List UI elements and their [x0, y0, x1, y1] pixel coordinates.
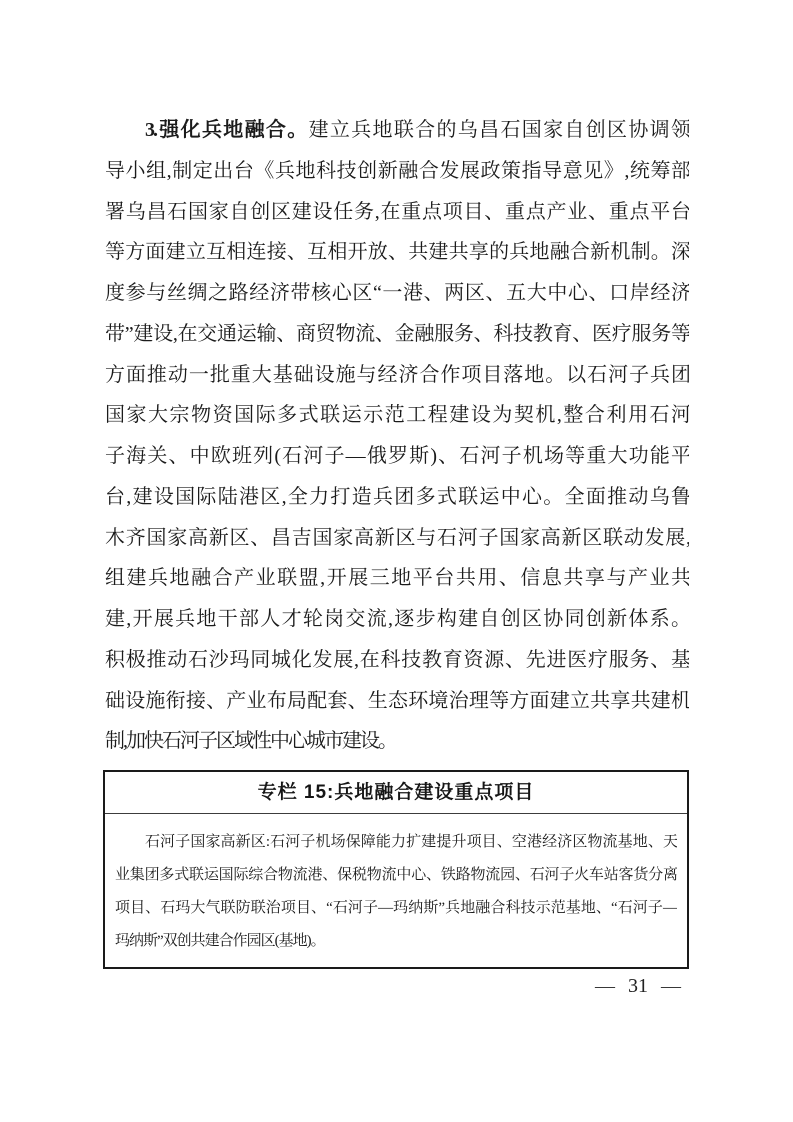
page-number-value: 31: [628, 975, 648, 997]
document-page: 3.强化兵地融合。建立兵地联合的乌昌石国家自创区协调领 导小组,制定出台《兵地科…: [0, 0, 793, 1122]
column-box-title: 专栏 15:兵地融合建设重点项目: [105, 772, 687, 814]
paragraph-line: 积极推动石沙玛同城化发展,在科技教育资源、先进医疗服务、基: [105, 640, 689, 681]
paragraph-line: 方面推动一批重大基础设施与经济合作项目落地。以石河子兵团: [105, 355, 689, 396]
paragraph-line: 度参与丝绸之路经济带核心区“一港、两区、五大中心、口岸经济: [105, 273, 689, 314]
paragraph-line: 3.强化兵地融合。建立兵地联合的乌昌石国家自创区协调领: [105, 110, 689, 151]
paragraph-line-text: 建立兵地联合的乌昌石国家自创区协调领: [309, 119, 689, 141]
paragraph-line: 子海关、中欧班列(石河子—俄罗斯)、石河子机场等重大功能平: [105, 436, 689, 477]
body-paragraph: 3.强化兵地融合。建立兵地联合的乌昌石国家自创区协调领 导小组,制定出台《兵地科…: [105, 110, 689, 762]
paragraph-line: 导小组,制定出台《兵地科技创新融合发展政策指导意见》,统筹部: [105, 151, 689, 192]
box-body-line: 玛纳斯”双创共建合作园区(基地)。: [115, 925, 677, 958]
box-body-line: 项目、石玛大气联防联治项目、“石河子—玛纳斯”兵地融合科技示范基地、“石河子—: [115, 892, 677, 925]
paragraph-line: 木齐国家高新区、昌吉国家高新区与石河子国家高新区联动发展,: [105, 518, 689, 559]
box-body-line: 业集团多式联运国际综合物流港、保税物流中心、铁路物流园、石河子火车站客货分离: [115, 859, 677, 892]
highlight-column-box: 专栏 15:兵地融合建设重点项目 石河子国家高新区:石河子机场保障能力扩建提升项…: [103, 770, 689, 969]
paragraph-line: 制,加快石河子区域性中心城市建设。: [105, 721, 689, 762]
paragraph-line: 署乌昌石国家自创区建设任务,在重点项目、重点产业、重点平台: [105, 192, 689, 233]
paragraph-line: 台,建设国际陆港区,全力打造兵团多式联运中心。全面推动乌鲁: [105, 477, 689, 518]
page-number-left-dash: —: [595, 975, 615, 997]
column-box-body: 石河子国家高新区:石河子机场保障能力扩建提升项目、空港经济区物流基地、天 业集团…: [105, 814, 687, 967]
paragraph-line: 组建兵地融合产业联盟,开展三地平台共用、信息共享与产业共: [105, 558, 689, 599]
paragraph-line: 建,开展兵地干部人才轮岗交流,逐步构建自创区协同创新体系。: [105, 599, 689, 640]
box-body-line: 石河子国家高新区:石河子机场保障能力扩建提升项目、空港经济区物流基地、天: [115, 826, 677, 859]
paragraph-line: 础设施衔接、产业布局配套、生态环境治理等方面建立共享共建机: [105, 681, 689, 722]
paragraph-line: 等方面建立互相连接、互相开放、共建共享的兵地融合新机制。深: [105, 232, 689, 273]
paragraph-lead-heading: 3.强化兵地融合。: [145, 119, 309, 141]
page-number-right-dash: —: [661, 975, 681, 997]
paragraph-line: 国家大宗物资国际多式联运示范工程建设为契机,整合利用石河: [105, 395, 689, 436]
paragraph-line: 带”建设,在交通运输、商贸物流、金融服务、科技教育、医疗服务等: [105, 314, 689, 355]
page-number: —31—: [595, 975, 681, 998]
